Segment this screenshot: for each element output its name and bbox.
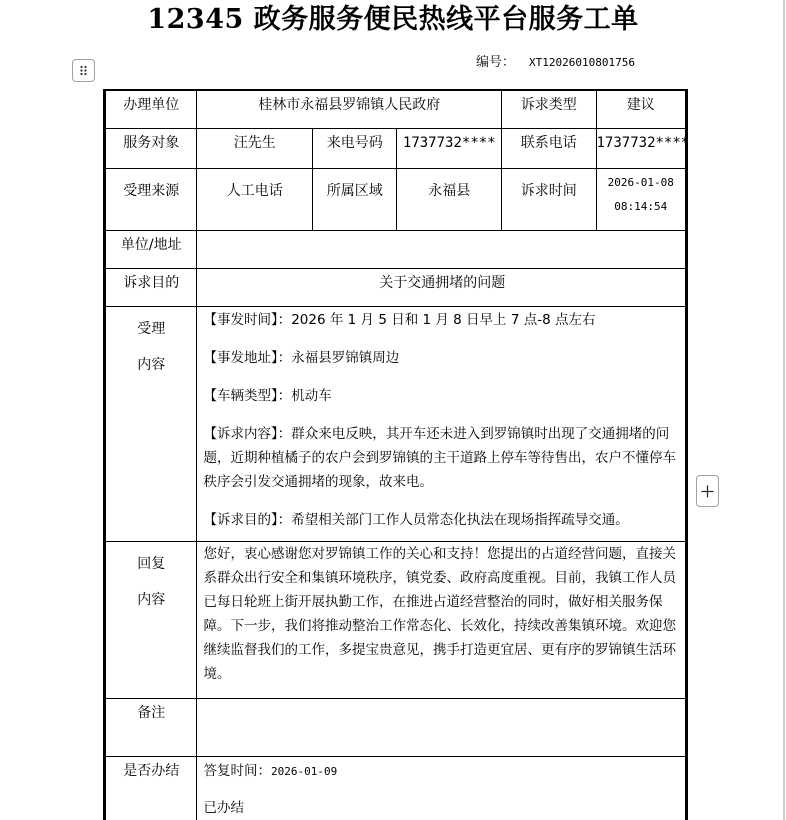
request-purpose: 【诉求目的】：希望相关部门工作人员常态化执法在现场指挥疏导交通。 bbox=[203, 508, 681, 532]
request-date: 2026-01-08 bbox=[597, 171, 686, 195]
handling-unit-value[interactable]: 桂林市永福县罗锦镇人民政府 bbox=[197, 90, 502, 128]
purpose-value[interactable]: 关于交通拥堵的问题 bbox=[197, 268, 687, 306]
completion-value[interactable]: 答复时间：2026-01-09 已办结 bbox=[197, 756, 687, 820]
source-value[interactable]: 人工电话 bbox=[197, 168, 313, 230]
work-order-table: 办理单位 桂林市永福县罗锦镇人民政府 诉求类型 建议 服务对象 汪先生 来电号码… bbox=[103, 89, 688, 820]
accept-content-value[interactable]: 【事发时间】：2026 年 1 月 5 日和 1 月 8 日早上 7 点-8 点… bbox=[197, 306, 687, 541]
caller-number-label: 来电号码 bbox=[313, 128, 397, 168]
source-label: 受理来源 bbox=[105, 168, 197, 230]
unit-address-value[interactable] bbox=[197, 230, 687, 268]
request-details: 【诉求内容】：群众来电反映，其开车还未进入到罗锦镇时出现了交通拥堵的问题，近期种… bbox=[203, 422, 681, 494]
plus-icon bbox=[701, 485, 714, 498]
unit-address-label: 单位/地址 bbox=[105, 230, 197, 268]
serial-value: XT12026010801756 bbox=[529, 56, 635, 69]
reply-content-label: 回复 内容 bbox=[105, 541, 197, 698]
request-type-label: 诉求类型 bbox=[502, 90, 596, 128]
region-value[interactable]: 永福县 bbox=[397, 168, 502, 230]
incident-address: 【事发地址】：永福县罗锦镇周边 bbox=[203, 346, 681, 370]
scrollbar-track[interactable] bbox=[783, 0, 785, 820]
request-clock: 08:14:54 bbox=[597, 195, 686, 219]
serial-number: 编号：XT12026010801756 bbox=[476, 54, 635, 72]
accept-label-line1: 受理 bbox=[106, 311, 196, 347]
reply-time: 答复时间：2026-01-09 bbox=[203, 759, 681, 784]
incident-time: 【事发时间】：2026 年 1 月 5 日和 1 月 8 日早上 7 点-8 点… bbox=[203, 308, 681, 332]
reply-label-line2: 内容 bbox=[106, 582, 196, 618]
remarks-value[interactable] bbox=[197, 698, 687, 756]
accept-label-line2: 内容 bbox=[106, 347, 196, 383]
completion-status: 已办结 bbox=[203, 796, 681, 820]
handling-unit-label: 办理单位 bbox=[105, 90, 197, 128]
reply-text: 您好，衷心感谢您对罗锦镇工作的关心和支持！您提出的占道经营问题，直接关系群众出行… bbox=[203, 542, 681, 686]
request-time-label: 诉求时间 bbox=[502, 168, 596, 230]
page-title: 12345 政务服务便民热线平台服务工单 bbox=[0, 2, 786, 38]
service-target-label: 服务对象 bbox=[105, 128, 197, 168]
vehicle-type: 【车辆类型】：机动车 bbox=[203, 384, 681, 408]
request-type-value[interactable]: 建议 bbox=[596, 90, 687, 128]
purpose-label: 诉求目的 bbox=[105, 268, 197, 306]
table-drag-handle[interactable] bbox=[72, 59, 95, 82]
reply-content-value[interactable]: 您好，衷心感谢您对罗锦镇工作的关心和支持！您提出的占道经营问题，直接关系群众出行… bbox=[197, 541, 687, 698]
add-column-button[interactable] bbox=[696, 475, 719, 507]
contact-phone-value[interactable]: 1737732**** bbox=[596, 128, 687, 168]
completion-label: 是否办结 bbox=[105, 756, 197, 820]
accept-content-label: 受理 内容 bbox=[105, 306, 197, 541]
caller-number-value[interactable]: 1737732**** bbox=[397, 128, 502, 168]
serial-label: 编号： bbox=[476, 55, 515, 70]
reply-time-value: 2026-01-09 bbox=[271, 765, 337, 778]
service-target-value[interactable]: 汪先生 bbox=[197, 128, 313, 168]
drag-grip-icon bbox=[79, 65, 88, 76]
reply-label-line1: 回复 bbox=[106, 546, 196, 582]
contact-phone-label: 联系电话 bbox=[502, 128, 596, 168]
region-label: 所属区域 bbox=[313, 168, 397, 230]
remarks-label: 备注 bbox=[105, 698, 197, 756]
reply-time-label: 答复时间： bbox=[203, 763, 271, 779]
request-time-value[interactable]: 2026-01-08 08:14:54 bbox=[596, 168, 687, 230]
